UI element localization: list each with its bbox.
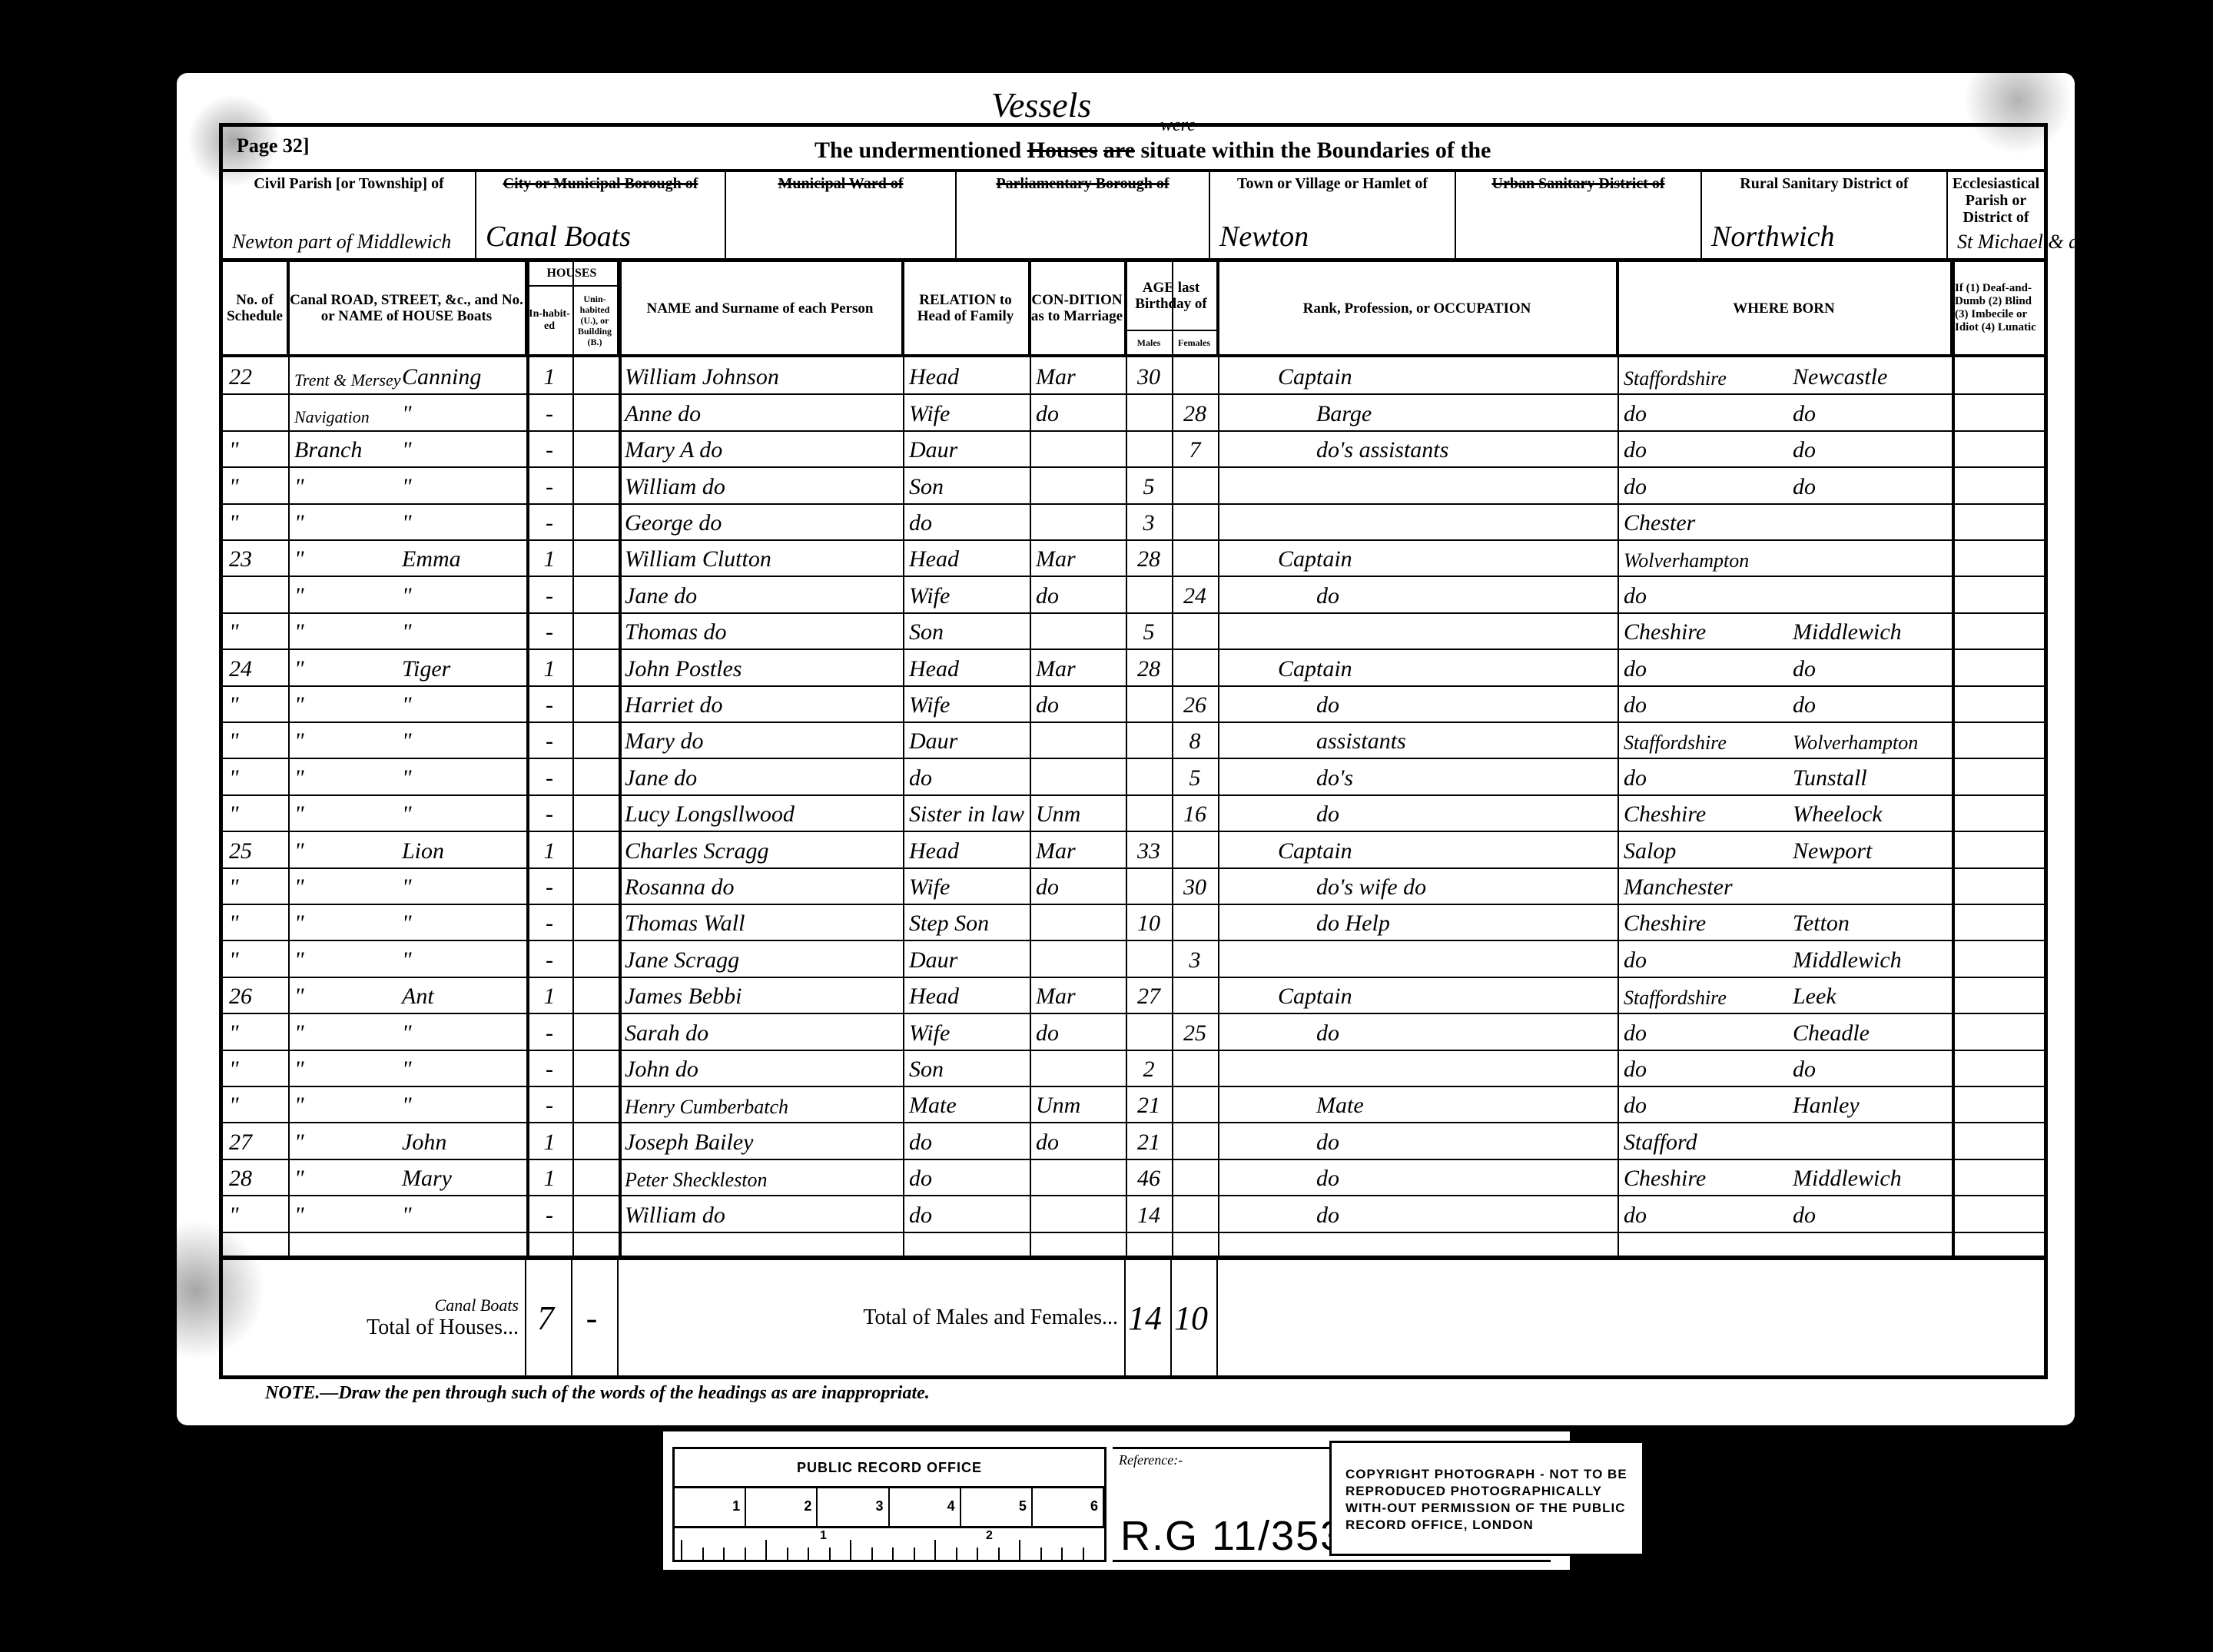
- cell-occupation: Captain: [1224, 357, 1616, 393]
- cell-born-place: Middlewich: [1793, 612, 1950, 649]
- cell-street: ": [294, 1013, 394, 1049]
- area-field-7: Ecclesiastical Parish or District ofSt M…: [1948, 172, 2044, 258]
- table-row: """-Lucy LongsllwoodSister in lawUnm16do…: [223, 794, 2044, 832]
- cell-condition: do: [1036, 576, 1124, 612]
- cell-born-place: [1793, 539, 1950, 576]
- cell-male-age: 2: [1126, 1050, 1172, 1086]
- cell-born-place: Tetton: [1793, 904, 1950, 940]
- cm-mark: 4: [890, 1486, 961, 1526]
- form-note: NOTE.—Draw the pen through such of the w…: [265, 1383, 930, 1404]
- cell-female-age: [1172, 977, 1218, 1013]
- cell-born-county: do: [1624, 1050, 1785, 1086]
- cell-relation: Daur: [909, 430, 1028, 466]
- inhabited-header: In-habit-ed: [526, 287, 574, 354]
- cell-male-age: [1126, 576, 1172, 612]
- cell-condition: [1036, 1195, 1124, 1231]
- cell-boat: ": [402, 940, 525, 976]
- cell-occupation: do: [1224, 1195, 1616, 1231]
- cell-boat: ": [402, 612, 525, 649]
- cell-condition: [1036, 430, 1124, 466]
- cell-schedule: 26: [229, 977, 287, 1013]
- cell-street: Branch: [294, 430, 394, 466]
- cell-born-county: do: [1624, 1086, 1785, 1122]
- table-row: """-Jane dodo5do'sdoTunstall: [223, 758, 2044, 795]
- scale-tick: [934, 1540, 936, 1560]
- cell-occupation: Mate: [1224, 1086, 1616, 1122]
- cell-female-age: 25: [1172, 1013, 1218, 1049]
- column-header-7: Rank, Profession, or OCCUPATION: [1218, 262, 1617, 354]
- cell-inhabited: -: [526, 466, 572, 503]
- cell-relation: do: [909, 758, 1028, 794]
- cell-female-age: [1172, 1050, 1218, 1086]
- cell-inhabited: 1: [526, 977, 572, 1013]
- cell-occupation: [1224, 612, 1616, 649]
- area-label: Ecclesiastical Parish or District of: [1948, 172, 2044, 226]
- cell-schedule: 22: [229, 357, 287, 393]
- cell-female-age: 8: [1172, 722, 1218, 758]
- cell-name: Mary do: [625, 722, 901, 758]
- inch-mark: 1: [820, 1529, 827, 1543]
- cell-name: Thomas do: [625, 612, 901, 649]
- cell-female-age: 5: [1172, 758, 1218, 794]
- cell-male-age: 46: [1126, 1159, 1172, 1195]
- table-row: 23"Emma1William CluttonHeadMar28CaptainW…: [223, 539, 2044, 577]
- cell-schedule: ": [229, 503, 287, 539]
- cell-condition: do: [1036, 867, 1124, 904]
- table-row: 25"Lion1Charles ScraggHeadMar33CaptainSa…: [223, 831, 2044, 868]
- table-row: """-John doSon2dodo: [223, 1050, 2044, 1087]
- cell-name: James Bebbi: [625, 977, 901, 1013]
- scale-tick: [1083, 1548, 1084, 1560]
- cell-condition: do: [1036, 393, 1124, 430]
- cell-street: ": [294, 576, 394, 612]
- cell-name: John do: [625, 1050, 901, 1086]
- cell-street: ": [294, 649, 394, 685]
- cell-relation: Son: [909, 466, 1028, 503]
- cell-female-age: 16: [1172, 794, 1218, 831]
- cell-condition: do: [1036, 1013, 1124, 1049]
- cell-inhabited: -: [526, 503, 572, 539]
- cell-born-county: do: [1624, 1013, 1785, 1049]
- cm-mark: 6: [1033, 1486, 1104, 1526]
- cell-schedule: ": [229, 1086, 287, 1122]
- cm-mark: 5: [961, 1486, 1033, 1526]
- column-rule: [619, 262, 622, 1260]
- cell-born-place: do: [1793, 466, 1950, 503]
- cell-street: ": [294, 831, 394, 867]
- cell-male-age: [1126, 430, 1172, 466]
- cell-name: Thomas Wall: [625, 904, 901, 940]
- cell-name: Rosanna do: [625, 867, 901, 904]
- cell-occupation: do: [1224, 1122, 1616, 1158]
- column-headers: No. of ScheduleCanal ROAD, STREET, &c., …: [223, 262, 2044, 357]
- total-houses-label: Canal BoatsTotal of Houses...: [223, 1260, 526, 1375]
- cm-mark: 3: [818, 1486, 889, 1526]
- cell-street: ": [294, 1195, 394, 1231]
- reference-label: Reference:-: [1119, 1452, 1183, 1468]
- cell-born-place: Tunstall: [1793, 758, 1950, 794]
- scale-tick: [914, 1548, 915, 1560]
- cm-scale: 123456: [675, 1486, 1104, 1528]
- scale-tick: [787, 1548, 788, 1560]
- table-row: """-Rosanna doWifedo30do's wife doManche…: [223, 867, 2044, 905]
- cell-schedule: ": [229, 867, 287, 904]
- cell-uninhabited: [579, 576, 617, 612]
- total-houses-inhabited: 7: [526, 1260, 572, 1375]
- area-label: Rural Sanitary District of: [1702, 172, 1946, 192]
- cell-born-county: Manchester: [1624, 867, 1785, 904]
- cell-inhabited: 1: [526, 539, 572, 576]
- cell-inhabited: -: [526, 612, 572, 649]
- scale-tick: [681, 1540, 682, 1560]
- cell-schedule: ": [229, 430, 287, 466]
- area-label: Town or Village or Hamlet of: [1210, 172, 1455, 192]
- cell-condition: [1036, 503, 1124, 539]
- cell-inhabited: 1: [526, 1122, 572, 1158]
- cell-female-age: [1172, 1159, 1218, 1195]
- cell-schedule: ": [229, 1013, 287, 1049]
- cell-relation: Head: [909, 831, 1028, 867]
- cell-occupation: Captain: [1224, 977, 1616, 1013]
- area-field-6: Rural Sanitary District ofNorthwich: [1702, 172, 1948, 258]
- cell-relation: Daur: [909, 722, 1028, 758]
- cell-relation: Sister in law: [909, 794, 1028, 831]
- cell-born-place: [1793, 867, 1950, 904]
- cell-relation: Son: [909, 612, 1028, 649]
- cell-born-place: [1793, 1122, 1950, 1158]
- cell-relation: Daur: [909, 940, 1028, 976]
- cell-male-age: [1126, 685, 1172, 722]
- cell-uninhabited: [579, 1050, 617, 1086]
- scale-tick: [1040, 1548, 1042, 1560]
- cell-born-county: Cheshire: [1624, 612, 1785, 649]
- cell-occupation: Captain: [1224, 831, 1616, 867]
- cell-born-county: Staffordshire: [1624, 722, 1785, 758]
- cell-schedule: ": [229, 758, 287, 794]
- cell-relation: Step Son: [909, 904, 1028, 940]
- table-row: 24"Tiger1John PostlesHeadMar28Captaindod…: [223, 649, 2044, 686]
- cell-relation: Head: [909, 539, 1028, 576]
- census-form: Page 32] The undermentioned Houses are s…: [219, 123, 2048, 1379]
- cell-female-age: [1172, 612, 1218, 649]
- cell-relation: Mate: [909, 1086, 1028, 1122]
- area-label: Municipal Ward of: [726, 172, 955, 192]
- column-header-1: Canal ROAD, STREET, &c., and No. or NAME…: [288, 262, 526, 354]
- cell-uninhabited: [579, 904, 617, 940]
- cell-occupation: Captain: [1224, 539, 1616, 576]
- cell-name: Jane Scragg: [625, 940, 901, 976]
- area-value: Canal Boats: [486, 220, 631, 254]
- cell-street: ": [294, 503, 394, 539]
- cell-female-age: 26: [1172, 685, 1218, 722]
- cell-born-place: Middlewich: [1793, 1159, 1950, 1195]
- cell-born-county: Salop: [1624, 831, 1785, 867]
- cell-inhabited: -: [526, 794, 572, 831]
- cell-male-age: 21: [1126, 1086, 1172, 1122]
- cell-born-place: do: [1793, 393, 1950, 430]
- cell-boat: ": [402, 904, 525, 940]
- total-persons-label: Total of Males and Females...: [619, 1260, 1126, 1375]
- cell-uninhabited: [579, 503, 617, 539]
- column-header-0: No. of Schedule: [223, 262, 288, 354]
- cell-schedule: ": [229, 466, 287, 503]
- area-field-2: Municipal Ward of: [726, 172, 957, 258]
- table-row: 22Trent & MerseyCanning1William JohnsonH…: [223, 357, 2044, 395]
- cell-schedule: 28: [229, 1159, 287, 1195]
- cell-male-age: 5: [1126, 466, 1172, 503]
- scale-tick: [808, 1548, 809, 1560]
- cell-street: ": [294, 794, 394, 831]
- cell-occupation: do's assistants: [1224, 430, 1616, 466]
- cell-uninhabited: [579, 940, 617, 976]
- scale-tick: [956, 1548, 957, 1560]
- cell-female-age: [1172, 466, 1218, 503]
- cell-boat: ": [402, 1195, 525, 1231]
- cell-boat: Canning: [402, 357, 525, 393]
- cell-born-place: do: [1793, 430, 1950, 466]
- cell-boat: Emma: [402, 539, 525, 576]
- column-header-5: CON-DITION as to Marriage: [1030, 262, 1126, 354]
- cell-boat: Tiger: [402, 649, 525, 685]
- cell-occupation: do Help: [1224, 904, 1616, 940]
- scale-tick: [1061, 1548, 1063, 1560]
- column-header-3: NAME and Surname of each Person: [619, 262, 903, 354]
- cell-inhabited: -: [526, 1195, 572, 1231]
- scale-tick: [871, 1548, 873, 1560]
- cell-inhabited: -: [526, 904, 572, 940]
- cell-born-county: do: [1624, 758, 1785, 794]
- cell-occupation: do: [1224, 576, 1616, 612]
- cell-boat: ": [402, 1050, 525, 1086]
- cell-inhabited: -: [526, 576, 572, 612]
- table-row: """-Henry CumberbatchMateUnm21MatedoHanl…: [223, 1086, 2044, 1123]
- table-row: """-George dodo3Chester: [223, 503, 2044, 541]
- cell-boat: ": [402, 685, 525, 722]
- table-row: Navigation"-Anne doWifedo28Bargedodo: [223, 393, 2044, 431]
- column-rule: [288, 262, 290, 1260]
- canal-boats-annotation: Canal Boats: [435, 1295, 519, 1315]
- title-struck-houses: Houses: [1027, 138, 1098, 163]
- cell-inhabited: -: [526, 722, 572, 758]
- cell-male-age: 28: [1126, 539, 1172, 576]
- cell-boat: Mary: [402, 1159, 525, 1195]
- column-rule: [1952, 262, 1955, 1260]
- cell-boat: ": [402, 758, 525, 794]
- cell-male-age: [1126, 722, 1172, 758]
- area-value: Northwich: [1711, 220, 1834, 254]
- cell-street: ": [294, 867, 394, 904]
- table-row: ""-Jane doWifedo24dodo: [223, 576, 2044, 613]
- cell-boat: ": [402, 393, 525, 430]
- table-row: 27"John1Joseph Baileydodo21doStafford: [223, 1122, 2044, 1159]
- cell-boat: ": [402, 503, 525, 539]
- cell-uninhabited: [579, 357, 617, 393]
- cell-born-place: [1793, 576, 1950, 612]
- uninhabited-header: Unin-habited (U.), or Building (B.): [572, 287, 617, 354]
- area-boundaries-row: Civil Parish [or Township] ofNewton part…: [223, 172, 2044, 262]
- cell-condition: [1036, 1050, 1124, 1086]
- total-houses-uninhabited: -: [572, 1260, 619, 1375]
- cell-uninhabited: [579, 649, 617, 685]
- page-header-row: Page 32] The undermentioned Houses are s…: [223, 127, 2044, 172]
- cell-condition: Mar: [1036, 357, 1124, 393]
- cell-born-county: Chester: [1624, 503, 1785, 539]
- scale-tick: [723, 1548, 725, 1560]
- cell-relation: Wife: [909, 685, 1028, 722]
- table-row: 28"Mary1Peter Shecklestondo46doCheshireM…: [223, 1159, 2044, 1196]
- scale-tick: [765, 1540, 767, 1560]
- cell-male-age: [1126, 867, 1172, 904]
- cell-relation: do: [909, 1122, 1028, 1158]
- cell-relation: do: [909, 1195, 1028, 1231]
- cell-born-county: Stafford: [1624, 1122, 1785, 1158]
- cell-male-age: 5: [1126, 612, 1172, 649]
- cell-born-place: Wheelock: [1793, 794, 1950, 831]
- area-value: Newton: [1219, 220, 1309, 254]
- title-prefix: The undermentioned: [815, 138, 1021, 163]
- page-number: Page 32]: [237, 134, 310, 158]
- cell-street: ": [294, 539, 394, 576]
- table-row: """-Jane ScraggDaur3doMiddlewich: [223, 940, 2044, 977]
- area-label: Civil Parish [or Township] of: [223, 172, 475, 192]
- cell-male-age: [1126, 758, 1172, 794]
- column-rule: [526, 262, 529, 1260]
- cell-born-county: do: [1624, 685, 1785, 722]
- cell-uninhabited: [579, 1122, 617, 1158]
- cell-male-age: 21: [1126, 1122, 1172, 1158]
- scale-tick: [1019, 1540, 1020, 1560]
- cell-street: ": [294, 977, 394, 1013]
- cell-condition: Unm: [1036, 1086, 1124, 1122]
- cell-condition: do: [1036, 685, 1124, 722]
- cell-relation: Wife: [909, 1013, 1028, 1049]
- column-rule: [1126, 262, 1127, 1260]
- cell-born-county: Staffordshire: [1624, 977, 1785, 1013]
- cell-born-county: Wolverhampton: [1624, 539, 1785, 576]
- table-row: """-William doSon5dodo: [223, 466, 2044, 504]
- column-header-9: If (1) Deaf-and-Dumb (2) Blind (3) Imbec…: [1952, 262, 2048, 354]
- cell-uninhabited: [579, 466, 617, 503]
- cell-street: ": [294, 758, 394, 794]
- area-field-5: Urban Sanitary District of: [1456, 172, 1702, 258]
- cell-name: Anne do: [625, 393, 901, 430]
- cell-relation: do: [909, 1159, 1028, 1195]
- cell-condition: Mar: [1036, 831, 1124, 867]
- cell-schedule: 27: [229, 1122, 287, 1158]
- cell-name: Sarah do: [625, 1013, 901, 1049]
- cell-female-age: 24: [1172, 576, 1218, 612]
- cell-schedule: ": [229, 794, 287, 831]
- cell-name: William Johnson: [625, 357, 901, 393]
- cell-female-age: [1172, 539, 1218, 576]
- cell-boat: ": [402, 576, 525, 612]
- cell-name: Harriet do: [625, 685, 901, 722]
- table-row: """-Thomas doSon5CheshireMiddlewich: [223, 612, 2044, 650]
- cell-born-place: do: [1793, 1195, 1950, 1231]
- cell-male-age: [1126, 940, 1172, 976]
- area-value: Newton part of Middlewich: [232, 231, 451, 254]
- cell-name: Mary A do: [625, 430, 901, 466]
- scale-tick: [829, 1548, 831, 1560]
- cell-uninhabited: [579, 722, 617, 758]
- census-entries: 22Trent & MerseyCanning1William JohnsonH…: [223, 357, 2044, 1268]
- cm-mark: 2: [746, 1486, 818, 1526]
- cell-schedule: 24: [229, 649, 287, 685]
- cell-uninhabited: [579, 794, 617, 831]
- cell-born-place: Newport: [1793, 831, 1950, 867]
- cell-condition: Mar: [1036, 977, 1124, 1013]
- vessels-annotation: Vessels: [991, 85, 1091, 125]
- cell-male-age: 3: [1126, 503, 1172, 539]
- cell-name: William Clutton: [625, 539, 901, 576]
- cell-condition: [1036, 466, 1124, 503]
- cell-uninhabited: [579, 1195, 617, 1231]
- cell-schedule: 25: [229, 831, 287, 867]
- cell-schedule: ": [229, 904, 287, 940]
- table-row: """-Sarah doWifedo25dodoCheadle: [223, 1013, 2044, 1050]
- cell-occupation: [1224, 940, 1616, 976]
- cell-born-county: do: [1624, 430, 1785, 466]
- cell-born-county: do: [1624, 466, 1785, 503]
- scale-tick: [892, 1548, 894, 1560]
- table-row: 26"Ant1James BebbiHeadMar27CaptainStaffo…: [223, 977, 2044, 1014]
- cell-condition: Mar: [1036, 539, 1124, 576]
- cell-born-county: Cheshire: [1624, 904, 1785, 940]
- cell-inhabited: 1: [526, 831, 572, 867]
- cm-mark: 1: [675, 1486, 746, 1526]
- cell-condition: [1036, 612, 1124, 649]
- area-field-1: City or Municipal Borough ofCanal Boats: [476, 172, 726, 258]
- cell-male-age: 10: [1126, 904, 1172, 940]
- column-header-8: WHERE BORN: [1617, 262, 1952, 354]
- cell-condition: [1036, 758, 1124, 794]
- cell-female-age: [1172, 357, 1218, 393]
- cell-born-county: do: [1624, 1195, 1785, 1231]
- cell-name: Charles Scragg: [625, 831, 901, 867]
- cell-inhabited: -: [526, 940, 572, 976]
- office-title: PUBLIC RECORD OFFICE: [675, 1449, 1104, 1488]
- cell-boat: John: [402, 1122, 525, 1158]
- cell-street: Navigation: [294, 393, 394, 430]
- table-row: "Branch"-Mary A doDaur7do's assistantsdo…: [223, 430, 2044, 468]
- cell-male-age: 27: [1126, 977, 1172, 1013]
- cell-female-age: 3: [1172, 940, 1218, 976]
- cell-street: ": [294, 612, 394, 649]
- cell-occupation: [1224, 1050, 1616, 1086]
- cell-born-county: do: [1624, 393, 1785, 430]
- cell-name: William do: [625, 466, 901, 503]
- houses-group-header: HOUSES: [526, 262, 617, 287]
- area-value: St Michael & all Angels Middlewich: [1957, 231, 2213, 254]
- cell-male-age: 33: [1126, 831, 1172, 867]
- cell-name: Henry Cumberbatch: [625, 1086, 901, 1122]
- cell-uninhabited: [579, 539, 617, 576]
- column-rule: [903, 262, 904, 1260]
- cell-condition: do: [1036, 1122, 1124, 1158]
- cell-condition: Mar: [1036, 649, 1124, 685]
- cell-schedule: ": [229, 1195, 287, 1231]
- totals-row: Canal BoatsTotal of Houses...7-Total of …: [223, 1256, 2044, 1375]
- cell-occupation: Captain: [1224, 649, 1616, 685]
- houses-total-text: Total of Houses...: [367, 1315, 519, 1340]
- public-record-office-scale: PUBLIC RECORD OFFICE 123456 12: [672, 1447, 1106, 1562]
- column-rule: [1218, 262, 1219, 1260]
- area-label: City or Municipal Borough of: [476, 172, 725, 192]
- cell-born-place: Hanley: [1793, 1086, 1950, 1122]
- cell-born-place: Newcastle: [1793, 357, 1950, 393]
- cell-occupation: assistants: [1224, 722, 1616, 758]
- cell-uninhabited: [579, 758, 617, 794]
